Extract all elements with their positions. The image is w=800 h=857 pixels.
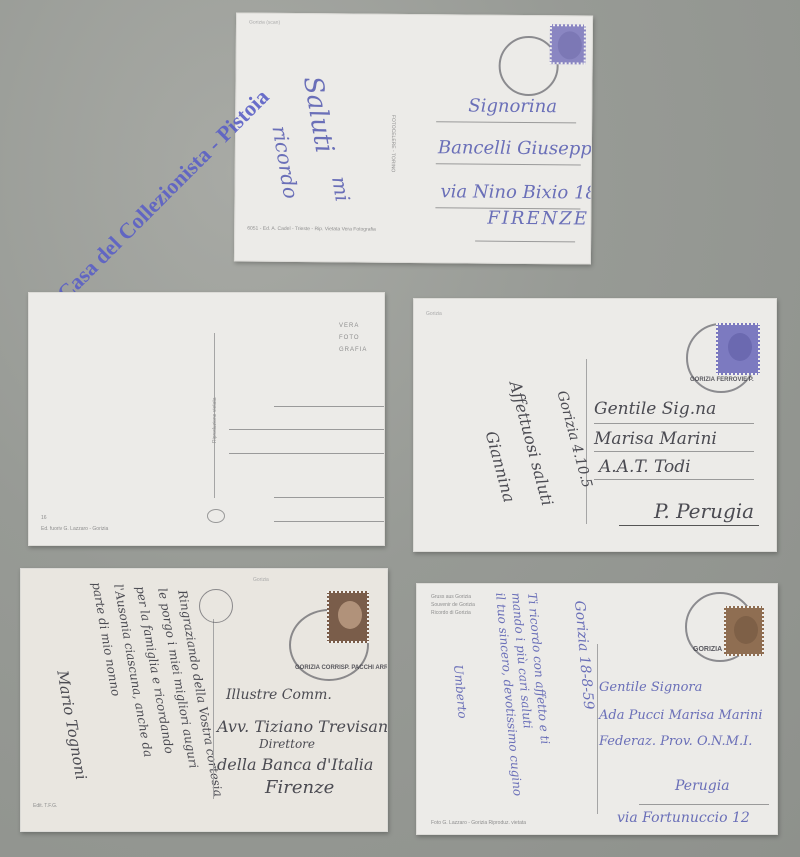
postcard-top: Gorizia (scan) Saluti mi ricordo FOTOCEL… (234, 12, 593, 264)
stamp-siracusana (550, 24, 586, 64)
message-line: Umberto (451, 664, 470, 719)
printed-number: 16 (41, 515, 47, 521)
message-line: Saluti (297, 74, 339, 155)
message-line: ricordo (267, 124, 303, 201)
address-line: Illustre Comm. (226, 687, 332, 703)
address-line: Signorina (468, 95, 557, 117)
message-line: mi (327, 174, 355, 203)
publisher-logo (207, 509, 225, 523)
address-line: FIRENZE (487, 208, 589, 230)
printed-caption: Gruss aus Gorizia (431, 594, 471, 600)
vera-foto: VERA (339, 323, 359, 329)
postmark-text: GORIZIA CORRISP. PACCHI ARRI (295, 665, 388, 671)
address-line: Perugia (675, 778, 730, 794)
address-line: della Banca d'Italia (217, 755, 373, 774)
address-line: Bancelli Giuseppina (438, 137, 593, 160)
address-line: Gentile Signora (599, 680, 702, 695)
address-line: via Nino Bixio 18 (440, 181, 593, 203)
printed-footer: 6051 - Ed. A. Cadel - Trieste - Rip. Vie… (247, 226, 376, 233)
address-line: P. Perugia (654, 499, 754, 523)
corner-note: Gorizia (253, 577, 269, 583)
corner-note: Gorizia (scan) (249, 20, 280, 26)
vertical-print: Riproduzione vietata (212, 397, 218, 443)
address-line: Ada Pucci Marisa Marini (599, 708, 763, 723)
address-line: Gentile Sig.na (594, 399, 716, 419)
printed-footer: Edit. T.F.G. (33, 803, 57, 809)
vera-foto: FOTO (339, 335, 360, 341)
address-line: Direttore (259, 737, 315, 751)
message-line: Giannina (482, 429, 519, 504)
vertical-print: FOTOCELERE - TORINO (390, 115, 397, 173)
printed-footer: Foto G. Lazzaro - Gorizia Riproduz. viet… (431, 820, 526, 826)
stamp-democratica (716, 323, 760, 375)
postcard-bottom-right: Gruss aus Gorizia Souvenir de Gorizia Ri… (416, 583, 778, 835)
address-line: Avv. Tiziano Trevisan (217, 717, 388, 736)
vera-foto: GRAFIA (339, 347, 367, 353)
printed-caption: Ricordo di Gorizia (431, 610, 471, 616)
printed-caption: Souvenir de Gorizia (431, 602, 475, 608)
signature: Mario Tognoni (53, 669, 90, 781)
corner-note: Gorizia (426, 311, 442, 317)
date-line: Gorizia 4.10.5 (554, 389, 595, 490)
date-line: Gorizia 18-8-59 (571, 600, 596, 710)
address-line: Firenze (265, 777, 334, 798)
postmark-text: GORIZIA FERROVIE P. (690, 377, 754, 383)
printed-footer: Ed. fuoriv G. Lazzaro - Gorizia (41, 526, 108, 532)
stamp-siracusana (724, 606, 764, 656)
postcard-middle-right: Gorizia Affettuosi saluti Giannina Goriz… (413, 298, 777, 552)
address-line: Federaz. Prov. O.N.M.I. (599, 734, 752, 749)
address-line: Marisa Marini (594, 429, 717, 449)
postcard-middle-left: VERA FOTO GRAFIA Riproduzione vietata 16… (28, 292, 385, 546)
address-line: via Fortunuccio 12 (617, 810, 750, 826)
postcard-bottom-left: Gorizia Ringraziando della Vostra cortes… (20, 568, 388, 832)
postmark-small (199, 589, 233, 623)
stamp-imperiale (327, 591, 369, 643)
address-line: A.A.T. Todi (599, 457, 691, 477)
